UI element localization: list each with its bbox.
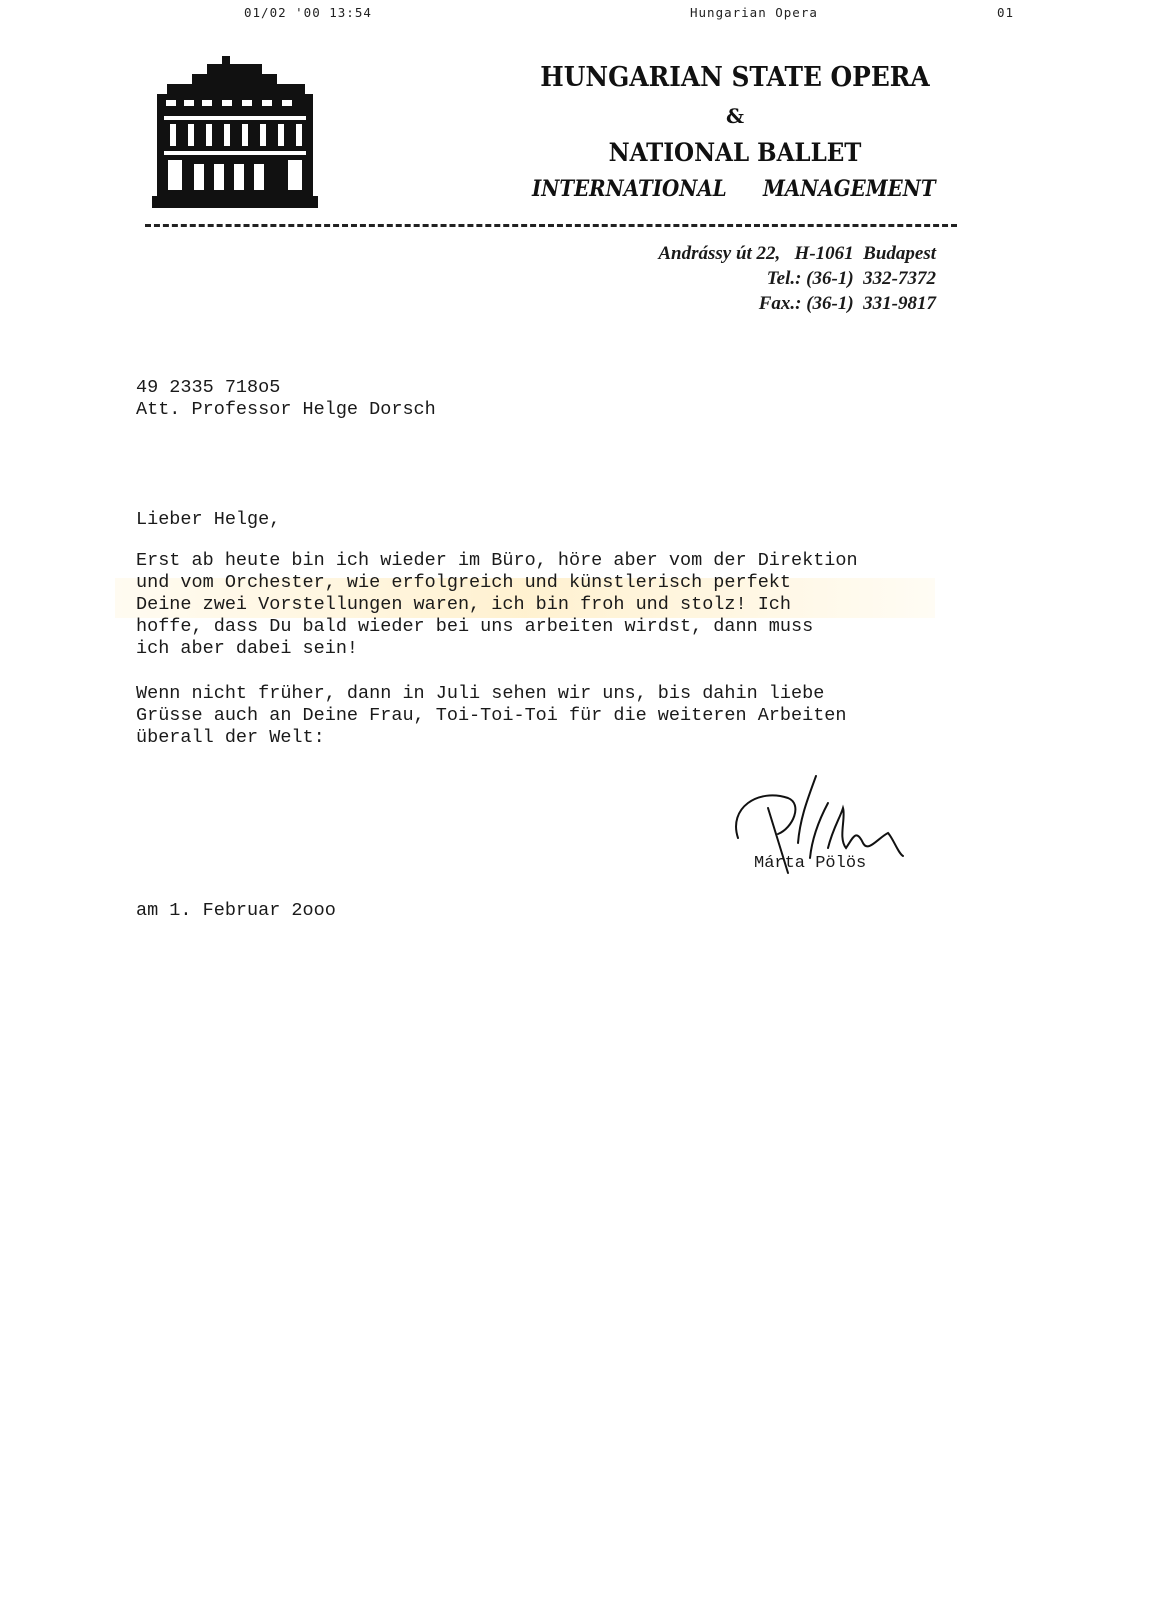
- fax-datetime: 01/02 '00 13:54: [244, 5, 372, 20]
- fax-page-number: 01: [997, 5, 1014, 20]
- org-fax: Fax.: (36-1) 331-9817: [759, 293, 936, 315]
- opera-house-building-icon: [152, 56, 318, 210]
- org-title-line2: NATIONAL BALLET: [537, 138, 933, 167]
- letter-date: am 1. Februar 2ooo: [136, 900, 336, 922]
- recipient-fax-number: 49 2335 718o5: [136, 377, 280, 399]
- org-telephone: Tel.: (36-1) 332-7372: [767, 268, 936, 290]
- org-subtitle-right: MANAGEMENT: [763, 176, 936, 202]
- org-subtitle-left: INTERNATIONAL: [532, 176, 727, 202]
- salutation: Lieber Helge,: [136, 509, 280, 531]
- body-paragraph-2: Wenn nicht früher, dann in Juli sehen wi…: [136, 683, 847, 749]
- org-address: Andrássy út 22, H-1061 Budapest: [658, 243, 936, 265]
- letterhead-divider: [145, 224, 957, 227]
- body-paragraph-1: Erst ab heute bin ich wieder im Büro, hö…: [136, 550, 858, 660]
- signer-name: Márta Pölös: [754, 853, 866, 875]
- fax-sender: Hungarian Opera: [690, 5, 818, 20]
- recipient-attention: Att. Professor Helge Dorsch: [136, 399, 436, 421]
- org-ampersand: &: [520, 104, 950, 128]
- org-title-line1: HUNGARIAN STATE OPERA: [537, 62, 933, 93]
